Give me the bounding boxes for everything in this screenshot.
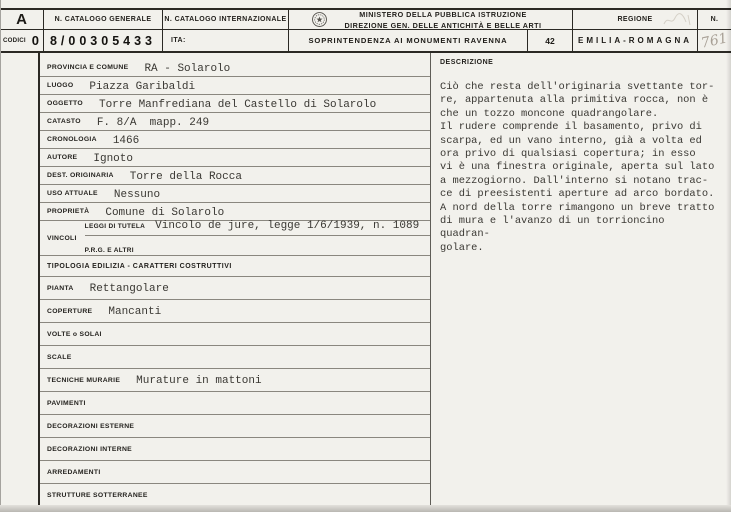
field-label: CATASTO	[47, 118, 81, 125]
field-label: DEST. ORIGINARIA	[47, 172, 114, 179]
field-row: DEST. ORIGINARIATorre della Rocca	[40, 167, 430, 185]
field-value: Mancanti	[108, 306, 161, 318]
field-label: SCALE	[47, 354, 72, 361]
soprintendenza-code: 42	[545, 36, 554, 46]
field-label: LUOGO	[47, 82, 73, 89]
field-label: AUTORE	[47, 154, 77, 161]
leggi-di-tutela-label: LEGGI DI TUTELA	[85, 223, 145, 230]
field-label: OGGETTO	[47, 100, 83, 107]
field-label: USO ATTUALE	[47, 190, 98, 197]
prg-e-altri-label: P.R.G. E ALTRI	[85, 247, 134, 254]
field-value: F. 8/A mapp. 249	[97, 117, 209, 129]
leggi-di-tutela-value: Vincolo de jure, legge 1/6/1939, n. 1089	[155, 220, 419, 232]
field-row: CRONOLOGIA1466	[40, 131, 430, 149]
card-header: A N. CATALOGO GENERALE N. CATALOGO INTER…	[0, 8, 731, 53]
italy-emblem-icon	[311, 11, 328, 28]
ministero-line1: MINISTERO DELLA PUBBLICA ISTRUZIONE	[359, 10, 527, 19]
field-value: 1466	[113, 135, 139, 147]
card-body: PROVINCIA E COMUNERA - SolaroloLUOGOPiaz…	[0, 53, 731, 512]
regione-value-cell: EMILIA-ROMAGNA	[572, 30, 697, 51]
catalogo-generale-label: N. CATALOGO GENERALE	[55, 16, 152, 23]
fields-top-group: PROVINCIA E COMUNERA - SolaroloLUOGOPiaz…	[40, 59, 430, 221]
section-header-row: TIPOLOGIA EDILIZIA - CARATTERI COSTRUTTI…	[40, 256, 430, 277]
field-row: STRUTTURE SOTTERRANEE	[40, 484, 430, 507]
catalog-card: A N. CATALOGO GENERALE N. CATALOGO INTER…	[0, 0, 731, 512]
field-row: SCALE	[40, 346, 430, 369]
header-row-1: A N. CATALOGO GENERALE N. CATALOGO INTER…	[0, 8, 731, 30]
field-value: Ignoto	[93, 153, 133, 165]
vincoli-block: LEGGI DI TUTELA Vincolo de jure, legge 1…	[85, 220, 430, 257]
regione-cell: REGIONE	[572, 10, 697, 29]
soprintendenza-code-cell: 42	[527, 30, 572, 51]
field-label: STRUTTURE SOTTERRANEE	[47, 492, 148, 499]
field-label: PAVIMENTI	[47, 400, 86, 407]
codici-number-cell: 8/00305433	[43, 30, 162, 51]
scan-edge-shadow	[726, 0, 731, 512]
field-value: RA - Solarolo	[144, 63, 230, 75]
field-row: ARREDAMENTI	[40, 461, 430, 484]
header-row-2: CODICI 0 8/00305433 ITA: SOPRINTENDENZA …	[0, 30, 731, 53]
vincoli-label: VINCOLI	[47, 235, 77, 242]
field-row: CATASTOF. 8/A mapp. 249	[40, 113, 430, 131]
regione-value: EMILIA-ROMAGNA	[578, 36, 692, 45]
field-label: COPERTURE	[47, 308, 92, 315]
field-label: PIANTA	[47, 285, 74, 292]
catalogo-internazionale-label: N. CATALOGO INTERNAZIONALE	[164, 16, 286, 23]
soprintendenza-value: SOPRINTENDENZA AI MONUMENTI RAVENNA	[308, 36, 507, 45]
field-value: Rettangolare	[90, 283, 169, 295]
field-row: PROPRIETÀComune di Solarolo	[40, 203, 430, 221]
field-value: Murature in mattoni	[136, 375, 261, 387]
field-label: VOLTE o SOLAI	[47, 331, 102, 338]
field-value: Nessuno	[114, 189, 160, 201]
catalogo-generale-cell: N. CATALOGO GENERALE	[43, 10, 162, 29]
ita-cell: ITA:	[162, 30, 288, 51]
ita-label: ITA:	[171, 37, 186, 44]
field-label: PROVINCIA E COMUNE	[47, 64, 128, 71]
soprintendenza-cell: SOPRINTENDENZA AI MONUMENTI RAVENNA	[288, 30, 527, 51]
field-label: CRONOLOGIA	[47, 136, 97, 143]
vincoli-leggi-line: LEGGI DI TUTELA Vincolo de jure, legge 1…	[85, 220, 430, 236]
field-row: PROVINCIA E COMUNERA - Solarolo	[40, 59, 430, 77]
codici-cell: CODICI 0	[0, 30, 43, 51]
field-label: ARREDAMENTI	[47, 469, 101, 476]
field-row: AUTOREIgnoto	[40, 149, 430, 167]
section-letter: A	[16, 11, 27, 28]
codici-prefix: 0	[32, 33, 39, 48]
codici-number: 8/00305433	[50, 34, 156, 48]
field-row: DECORAZIONI ESTERNE	[40, 415, 430, 438]
descrizione-text: Ciò che resta dell'originaria svettante …	[440, 81, 719, 255]
field-row: PIANTARettangolare	[40, 277, 430, 300]
field-row: USO ATTUALENessuno	[40, 185, 430, 203]
field-label: TECNICHE MURARIE	[47, 377, 120, 384]
field-value: Piazza Garibaldi	[89, 81, 195, 93]
fields-column: PROVINCIA E COMUNERA - SolaroloLUOGOPiaz…	[38, 53, 431, 512]
field-row: TECNICHE MURARIEMurature in mattoni	[40, 369, 430, 392]
section-header-label: TIPOLOGIA EDILIZIA - CARATTERI COSTRUTTI…	[47, 263, 232, 270]
field-value: Torre Manfrediana del Castello di Solaro…	[99, 99, 376, 111]
section-letter-cell: A	[0, 10, 43, 29]
catalogo-internazionale-cell: N. CATALOGO INTERNAZIONALE	[162, 10, 288, 29]
field-row: DECORAZIONI INTERNE	[40, 438, 430, 461]
vincoli-row: VINCOLI LEGGI DI TUTELA Vincolo de jure,…	[40, 221, 430, 256]
ministero-line2: DIREZIONE GEN. DELLE ANTICHITÀ E BELLE A…	[344, 21, 541, 30]
ministero-cell: MINISTERO DELLA PUBBLICA ISTRUZIONE DIRE…	[288, 10, 572, 29]
left-margin	[0, 53, 38, 512]
codici-label: CODICI	[3, 37, 26, 44]
field-row: OGGETTOTorre Manfrediana del Castello di…	[40, 95, 430, 113]
field-row: PAVIMENTI	[40, 392, 430, 415]
ministero-title: MINISTERO DELLA PUBBLICA ISTRUZIONE DIRE…	[328, 9, 572, 30]
description-column: DESCRIZIONE Ciò che resta dell'originari…	[431, 53, 731, 512]
handwritten-number: 761	[700, 30, 729, 51]
field-value: Comune di Solarolo	[105, 207, 224, 219]
field-row: LUOGOPiazza Garibaldi	[40, 77, 430, 95]
field-label: DECORAZIONI ESTERNE	[47, 423, 134, 430]
field-row: VOLTE o SOLAI	[40, 323, 430, 346]
vincoli-prg-line: P.R.G. E ALTRI	[85, 236, 430, 257]
field-label: DECORAZIONI INTERNE	[47, 446, 132, 453]
field-row: COPERTUREMancanti	[40, 300, 430, 323]
n-label: N.	[711, 16, 719, 23]
regione-label: REGIONE	[617, 16, 652, 23]
fields-bottom-group: PIANTARettangolareCOPERTUREMancantiVOLTE…	[40, 277, 430, 507]
descrizione-label: DESCRIZIONE	[440, 59, 719, 66]
field-label: PROPRIETÀ	[47, 208, 89, 215]
field-value: Torre della Rocca	[130, 171, 242, 183]
